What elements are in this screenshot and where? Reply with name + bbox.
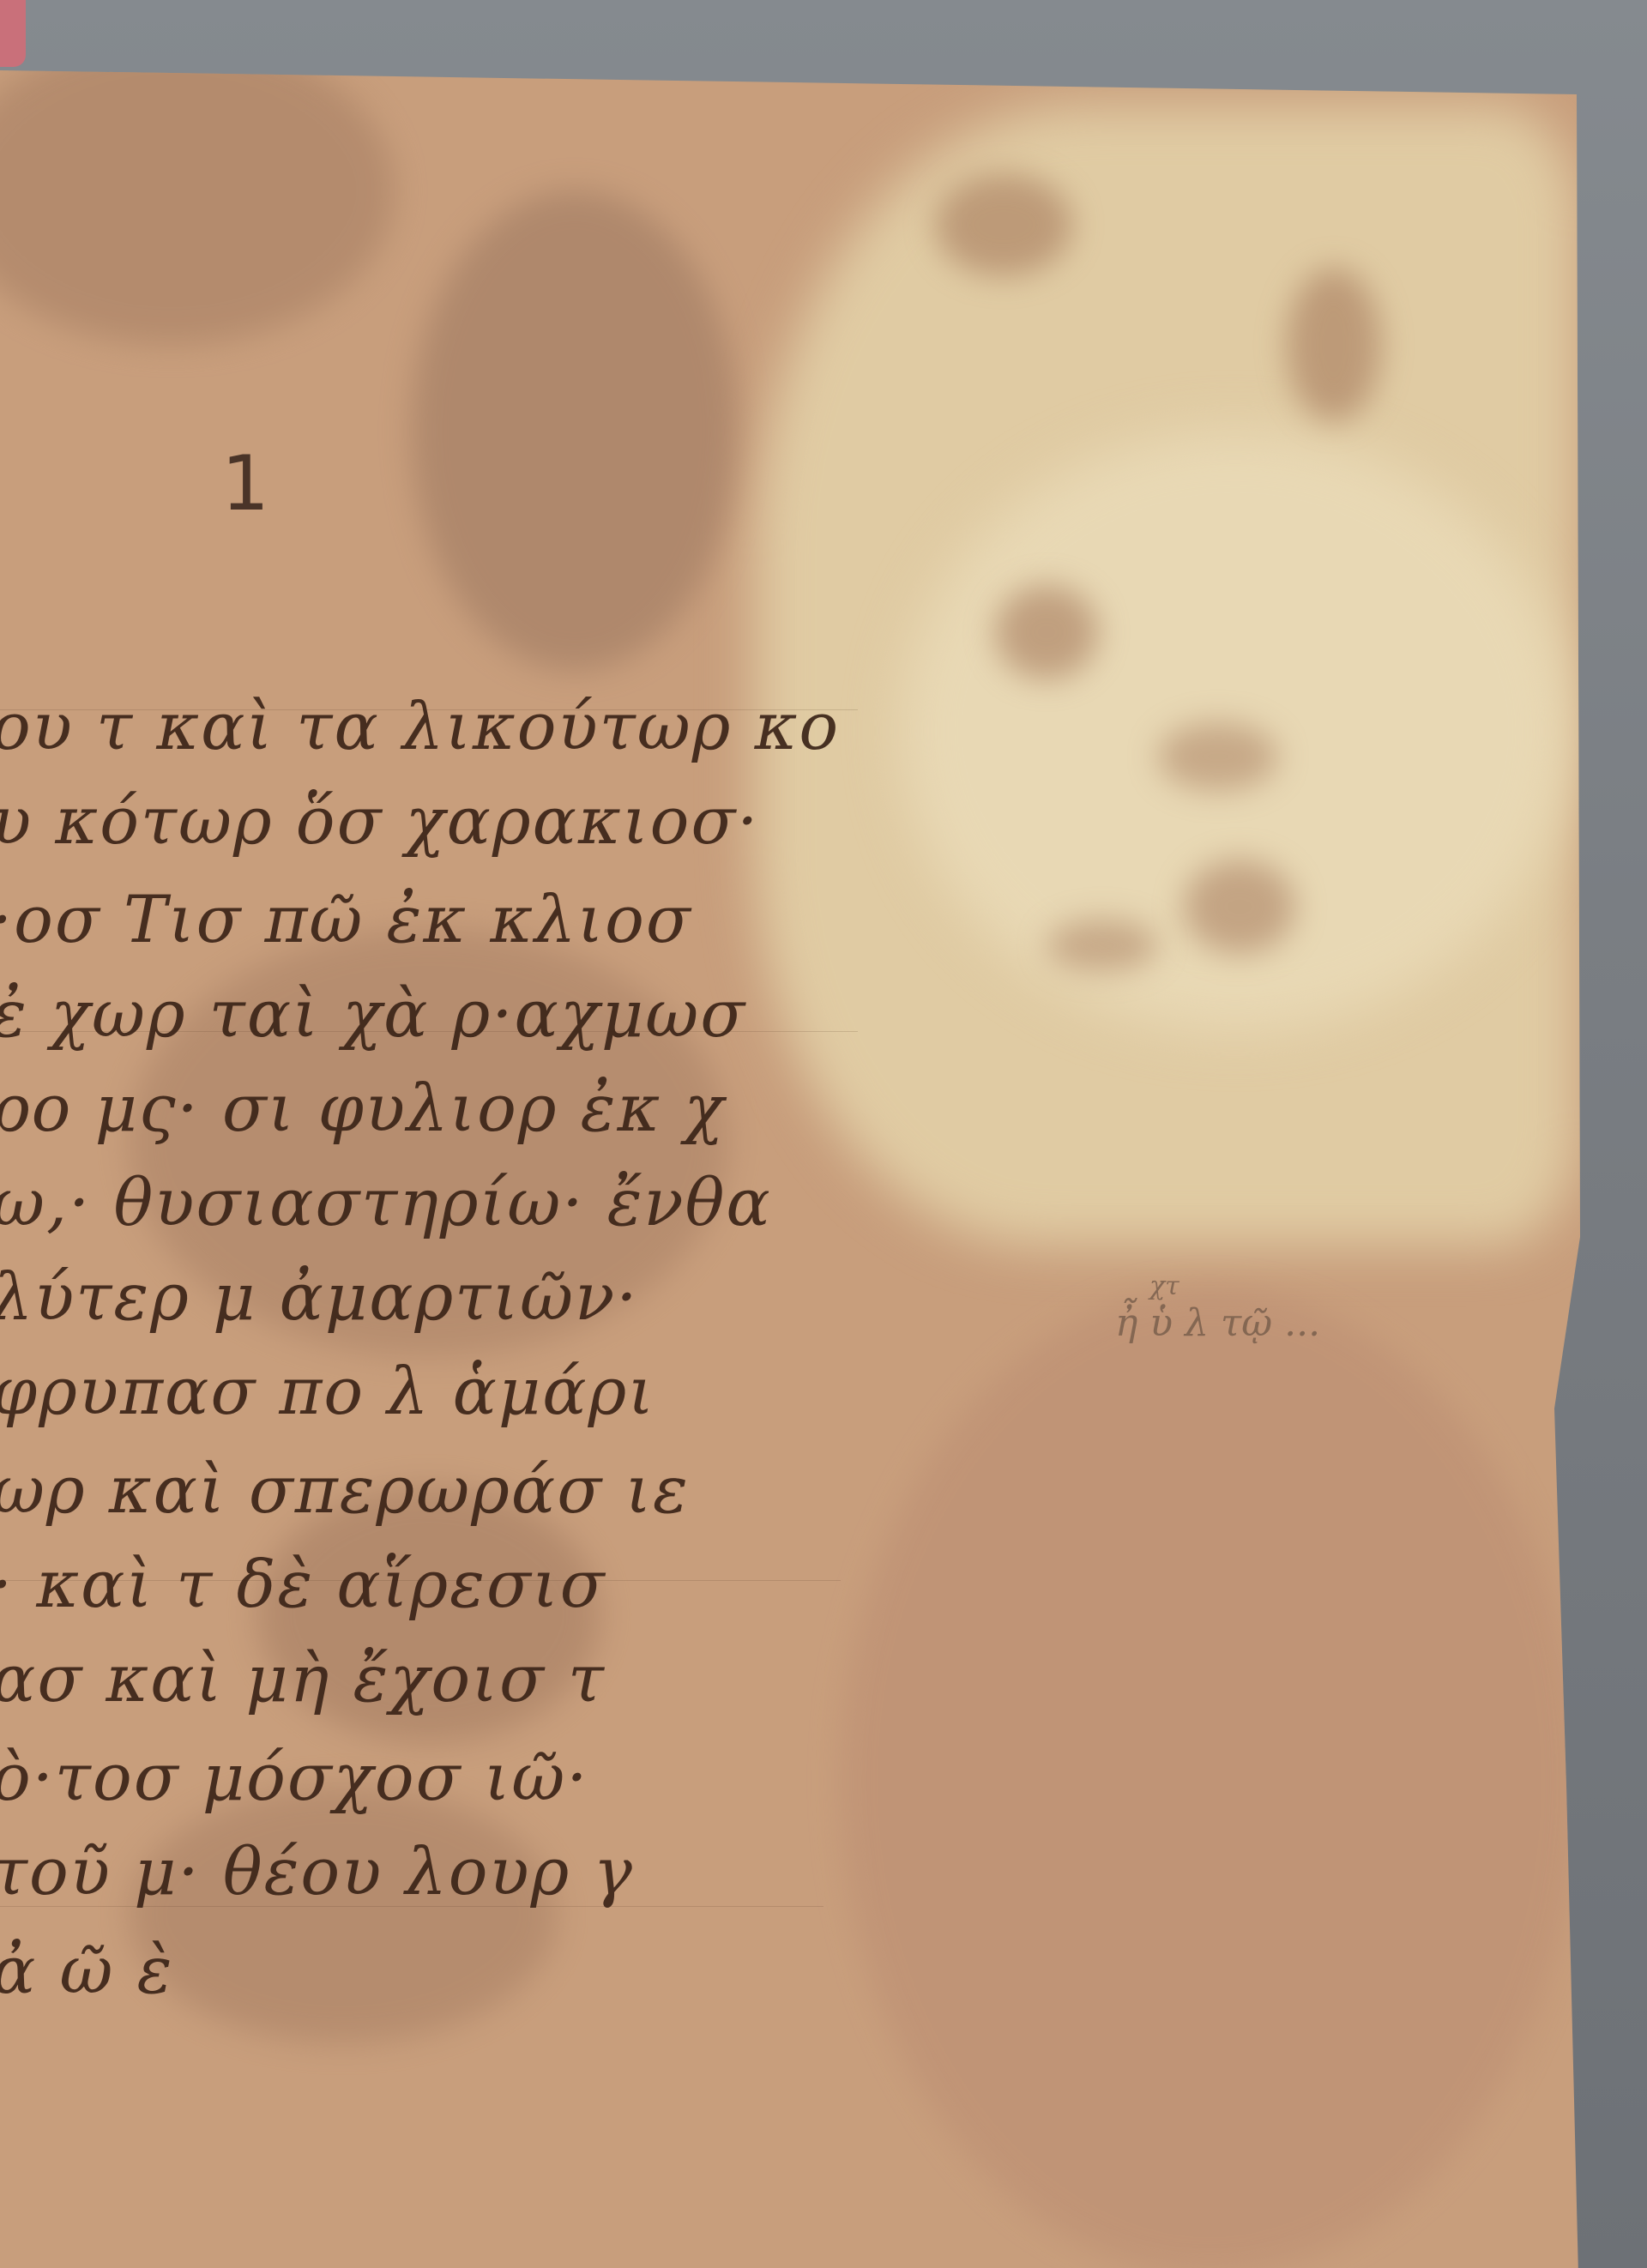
marginal-note: χτ ἦ ὑ λ τῷ ... bbox=[1115, 1271, 1320, 1345]
text-line: ὸ·τοσ μόσχοσ ιῶ· bbox=[0, 1739, 589, 1815]
manuscript-page: 1 ου τ καὶ τα λικούτωρ κο υ κότωρ ὅσ χαρ… bbox=[0, 70, 1580, 2268]
manuscript-text: ου τ καὶ τα λικούτωρ κο υ κότωρ ὅσ χαρακ… bbox=[0, 70, 1580, 2268]
text-line: ασ καὶ μὴ ἔχοισ τ bbox=[0, 1640, 606, 1716]
text-line: λύτερ μ ἀμαρτιῶν· bbox=[0, 1258, 638, 1335]
text-line: ἀ ῶ ὲ bbox=[0, 1932, 173, 2008]
marginal-note-text: ἦ ὑ λ τῷ ... bbox=[1115, 1301, 1320, 1345]
finger-tip bbox=[0, 0, 26, 67]
text-line: ωρ καὶ σπερωράσ ιε bbox=[0, 1451, 690, 1528]
text-line: ω,· θυσιαστηρίω· ἔνθα bbox=[0, 1164, 772, 1240]
text-line: ἐ χωρ ταὶ χὰ ρ·αχμωσ bbox=[0, 975, 746, 1052]
text-line: υ κότωρ ὅσ χαρακιοσ· bbox=[0, 782, 759, 859]
text-line: τοῦ μ· θέου λουρ γ bbox=[0, 1833, 634, 1909]
text-line: ρο μς· σι φυλιορ ἐκ χ bbox=[0, 1070, 726, 1146]
text-line: φρυπασ πο λ ἁμάρι bbox=[0, 1353, 655, 1429]
text-line: · καὶ τ δὲ αἵρεσισ bbox=[0, 1546, 606, 1622]
text-line: ου τ καὶ τα λικούτωρ κο bbox=[0, 688, 840, 764]
text-line: ·οσ Τισ πῶ ἐκ κλιοσ bbox=[0, 881, 692, 957]
marginal-note-superscript: χτ bbox=[1149, 1271, 1320, 1301]
